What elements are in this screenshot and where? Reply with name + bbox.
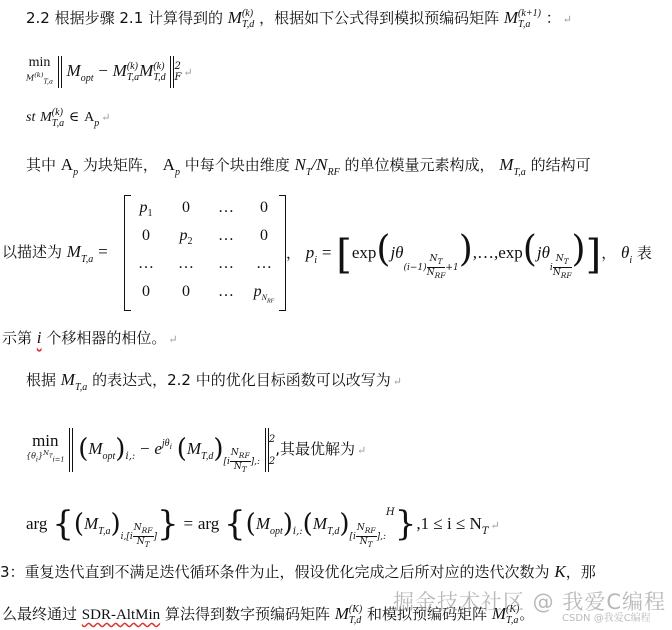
return-mark-icon: ↵ (168, 333, 177, 346)
para-1-line-3: 示第 i 个移相器的相位。↵ (2, 328, 178, 350)
objective-1: min M(k)T,a Mopt − M(k)T,aM(k)T,d 2F↵ (26, 56, 193, 89)
step-3-line-1: 3：重复迭代直到不满足迭代循环条件为止，假设优化完成之后所对应的迭代次数为 K，… (0, 562, 596, 582)
para-2: 根据 MT,a 的表达式，2.2 中的优化目标函数可以改写为↵ (26, 370, 402, 398)
pi-definition: ， pi = [exp(jθ(i−1)NTNRF+1),…,exp(jθiNTN… (286, 240, 652, 281)
return-mark-icon: ↵ (393, 375, 402, 388)
min-operator: min (26, 57, 53, 69)
constraint: st M(k)T,a ∈ Ap↵ (26, 106, 110, 134)
math-M-Ta-k1: M(k+1)T,a (504, 8, 541, 27)
minus-sign: − (98, 61, 108, 80)
objective-2: min {θi}NTi=1 (Mopt)i,: − ejθi (MT,d)[iN… (26, 428, 366, 475)
block-matrix: p1 0 … 0 0 p2 … 0 … … … … 0 0 … pNRF (124, 195, 286, 311)
optimal-solution: arg {(MT,a)i,[iNRFNT]} = arg {(Mopt)i,:(… (26, 503, 500, 550)
para-1-line-1: 其中 Ap 为块矩阵， Ap 中每个块由维度 NT/NRF 的单位模量元素构成，… (26, 155, 591, 183)
return-mark-icon: ↵ (563, 13, 572, 26)
step-2-2-middle: ，根据如下公式得到模拟预编码矩阵 (259, 9, 499, 27)
element-of-symbol: ∈ (69, 110, 79, 125)
math-M-Td-k: M(k)T,d (228, 8, 255, 27)
watermark-csdn: CSDN @我爱C编程 (562, 609, 651, 624)
norm-bar-left (58, 56, 62, 88)
step-2-2-suffix: ： (546, 9, 561, 27)
step-2-2-line: 2.2 根据步骤 2.1 计算得到的 M(k)T,d ，根据如下公式得到模拟预编… (26, 8, 572, 30)
step-2-2-prefix: 2.2 根据步骤 2.1 计算得到的 (26, 9, 223, 27)
spellcheck-var-i: i (37, 328, 42, 347)
return-mark-icon: ↵ (101, 111, 110, 124)
return-mark-icon: ↵ (183, 66, 192, 79)
para-1-line-2-prefix: 以描述为 MT,a = (2, 242, 108, 270)
spellcheck-algo: SDR-AltMin (82, 607, 160, 623)
norm-index: 2F (174, 61, 181, 83)
st-label: st (26, 110, 35, 125)
